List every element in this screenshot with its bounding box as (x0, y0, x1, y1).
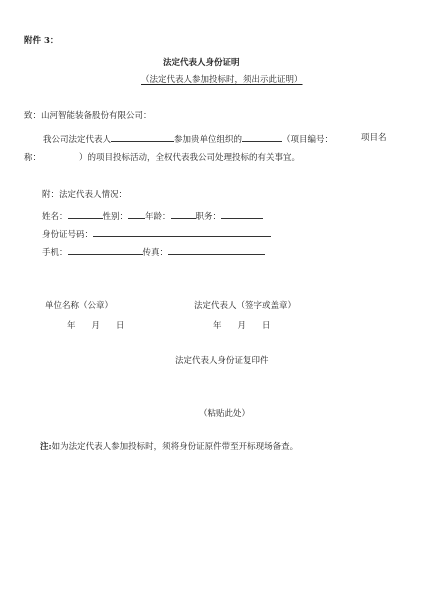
body-line-2-prefix: 称： (24, 153, 41, 163)
fax-label: 传真： (143, 248, 169, 258)
note: 注:如为法定代表人参加投标时，须将身份证原件带至开标现场备查。 (40, 442, 298, 452)
age-field[interactable] (171, 210, 196, 219)
id-label: 身份证号码： (42, 230, 93, 240)
attachment-label: 附件 3： (24, 36, 58, 46)
body-text: 参加贵单位组织的 (174, 135, 242, 145)
project-name-label: 项目名 (361, 133, 387, 143)
body-text: 我公司法定代表人 (43, 135, 111, 145)
id-copy-title: 法定代表人身份证复印件 (175, 356, 269, 366)
mobile-label: 手机： (42, 248, 68, 258)
rep-signature-label: 法定代表人（签字或盖章） (194, 301, 296, 311)
position-field[interactable] (221, 210, 263, 219)
day-label: 日 (116, 321, 125, 331)
note-text: 如为法定代表人参加投标时，须将身份证原件带至开标现场备查。 (52, 442, 299, 452)
document-title: 法定代表人身份证明 (163, 58, 240, 68)
info-row-2: 身份证号码： (42, 228, 271, 240)
month-label: 月 (238, 321, 247, 331)
year-label: 年 (213, 321, 222, 331)
body-line-2: ）的项目投标活动，全权代表我公司处理投标的有关事宜。 (79, 153, 300, 163)
body-text: （项目编号： (282, 135, 333, 145)
addressee: 致：山河智能装备股份有限公司： (24, 111, 152, 121)
mobile-field[interactable] (68, 246, 143, 255)
age-label: 年龄： (145, 212, 171, 222)
note-label: 注: (40, 442, 52, 452)
fax-field[interactable] (168, 246, 265, 255)
day-label: 日 (262, 321, 271, 331)
gender-label: 性别： (103, 212, 129, 222)
name-field[interactable] (68, 210, 103, 219)
company-date: 年月日 (67, 321, 125, 331)
body-line-1: 我公司法定代表人参加贵单位组织的（项目编号： (43, 133, 333, 145)
position-label: 职务： (196, 212, 222, 222)
gender-field[interactable] (128, 210, 145, 219)
month-label: 月 (92, 321, 101, 331)
rep-name-blank[interactable] (111, 133, 174, 142)
company-seal-label: 单位名称（公章） (45, 301, 113, 311)
rep-date: 年月日 (213, 321, 271, 331)
document-subtitle: （法定代表人参加投标时，须出示此证明） (141, 75, 303, 85)
info-row-3: 手机：传真： (42, 246, 265, 258)
info-row-1: 姓名：性别：年龄：职务： (42, 210, 263, 222)
info-heading: 附：法定代表人情况： (42, 190, 127, 200)
paste-area: （粘贴此处） (199, 409, 250, 419)
id-number-field[interactable] (93, 228, 271, 237)
year-label: 年 (67, 321, 76, 331)
name-label: 姓名： (42, 212, 68, 222)
project-blank[interactable] (242, 133, 282, 142)
